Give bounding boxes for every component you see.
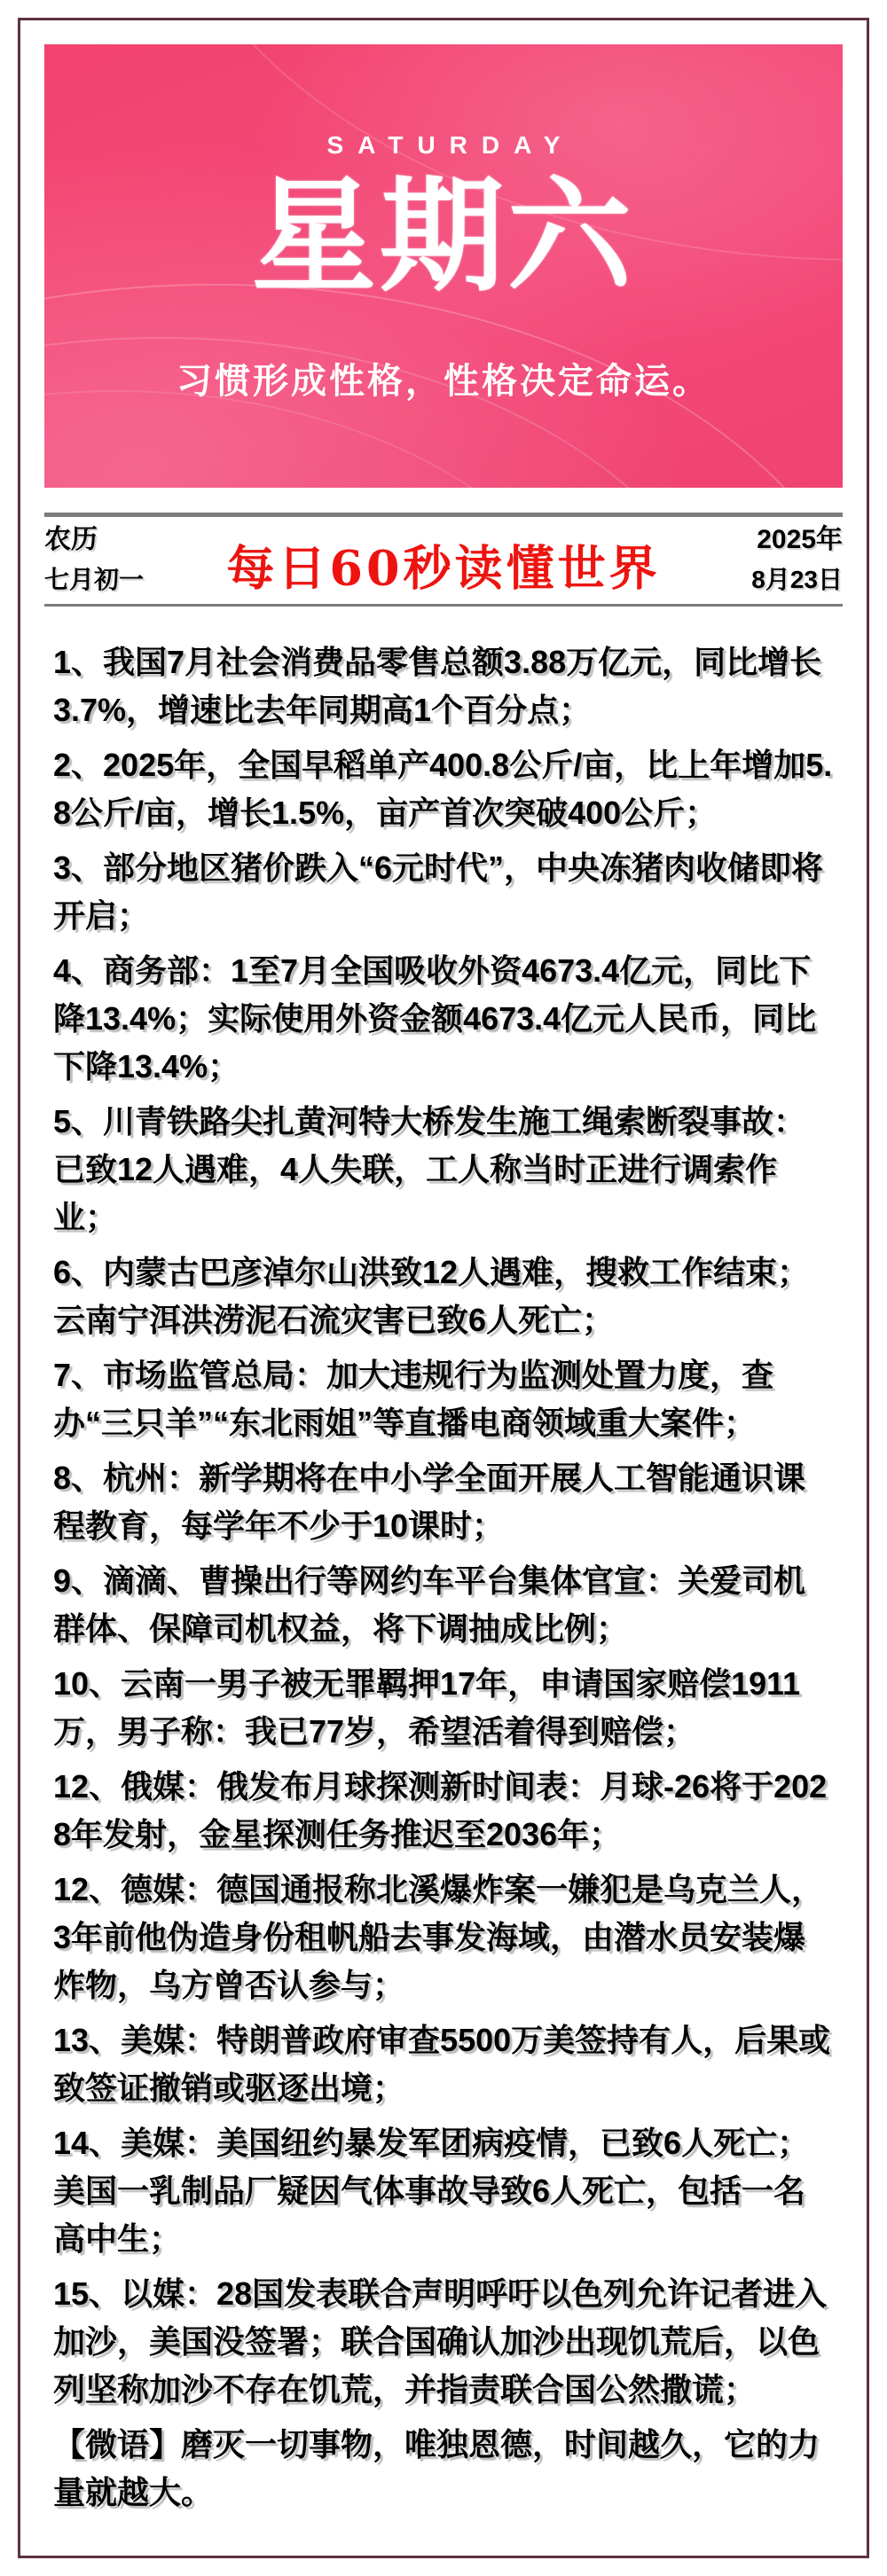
news-list: 1、我国7月社会消费品零售总额3.88万亿元，同比增长3.7%，增速比去年同期高…	[53, 638, 834, 2517]
news-item: 10、云南一男子被无罪羁押17年，申请国家赔偿1911万，男子称：我已77岁，希…	[53, 1660, 834, 1756]
news-item: 3、部分地区猪价跌入“6元时代”，中央冻猪肉收储即将开启；	[53, 844, 834, 940]
lunar-date: 七月初一	[44, 565, 144, 595]
news-item: 8、杭州：新学期将在中小学全面开展人工智能通识课程教育，每学年不少于10课时；	[53, 1454, 834, 1550]
news-digest-card: SATURDAY 星期六 习惯形成性格，性格决定命运。 农历 七月初一 每日60…	[18, 18, 869, 2558]
news-item: 15、以媒：28国发表联合声明呼吁以色列允许记者进入加沙，美国没签署；联合国确认…	[53, 2270, 834, 2414]
motto-text: 习惯形成性格，性格决定命运。	[177, 362, 710, 401]
banner-swirl-decoration	[44, 337, 740, 488]
news-item: 5、川青铁路尖扎黄河特大桥发生施工绳索断裂事故：已致12人遇难，4人失联，工人称…	[53, 1098, 834, 1241]
bottom-divider	[44, 604, 843, 607]
banner-swirl-decoration	[44, 390, 607, 488]
date-bar: 农历 七月初一 每日60秒读懂世界 2025年 8月23日	[44, 513, 843, 607]
date-row: 农历 七月初一 每日60秒读懂世界 2025年 8月23日	[44, 517, 843, 604]
news-item: 1、我国7月社会消费品零售总额3.88万亿元，同比增长3.7%，增速比去年同期高…	[53, 638, 834, 734]
lunar-column: 农历 七月初一	[44, 524, 144, 595]
news-item: 13、美媒：特朗普政府审查5500万美签持有人，后果或致签证撤销或驱逐出境；	[53, 2016, 834, 2112]
weekday-en-label: SATURDAY	[313, 133, 575, 158]
news-item: 2、2025年，全国早稻单产400.8公斤/亩，比上年增加5.8公斤/亩，增长1…	[53, 741, 834, 837]
date-label: 8月23日	[751, 565, 843, 595]
news-item: 6、内蒙古巴彦淖尔山洪致12人遇难，搜救工作结束；云南宁洱洪涝泥石流灾害已致6人…	[53, 1249, 834, 1344]
day-banner: SATURDAY 星期六 习惯形成性格，性格决定命运。	[44, 44, 843, 488]
news-item: 12、俄媒：俄发布月球探测新时间表：月球-26将于2028年发射，金星探测任务推…	[53, 1763, 834, 1859]
news-item: 7、市场监管总局：加大违规行为监测处置力度，查办“三只羊”“东北雨姐”等直播电商…	[53, 1351, 834, 1447]
lunar-label: 农历	[44, 524, 144, 556]
news-item: 12、德媒：德国通报称北溪爆炸案一嫌犯是乌克兰人，3年前他伪造身份租帆船去事发海…	[53, 1866, 834, 2009]
year-label: 2025年	[751, 524, 843, 556]
gregorian-column: 2025年 8月23日	[751, 524, 843, 595]
weekday-zh-label: 星期六	[252, 170, 635, 303]
news-item: 4、商务部：1至7月全国吸收外资4673.4亿元，同比下降13.4%；实际使用外…	[53, 947, 834, 1091]
brand-title: 每日60秒读懂世界	[226, 530, 660, 599]
news-item: 14、美媒：美国纽约暴发军团病疫情，已致6人死亡；美国一乳制品厂疑因气体事故导致…	[53, 2119, 834, 2263]
news-item: 9、滴滴、曹操出行等网约车平台集体官宣：关爱司机群体、保障司机权益，将下调抽成比…	[53, 1557, 834, 1653]
weiyu-quote: 【微语】磨灭一切事物，唯独恩德，时间越久，它的力量就越大。	[53, 2421, 834, 2517]
